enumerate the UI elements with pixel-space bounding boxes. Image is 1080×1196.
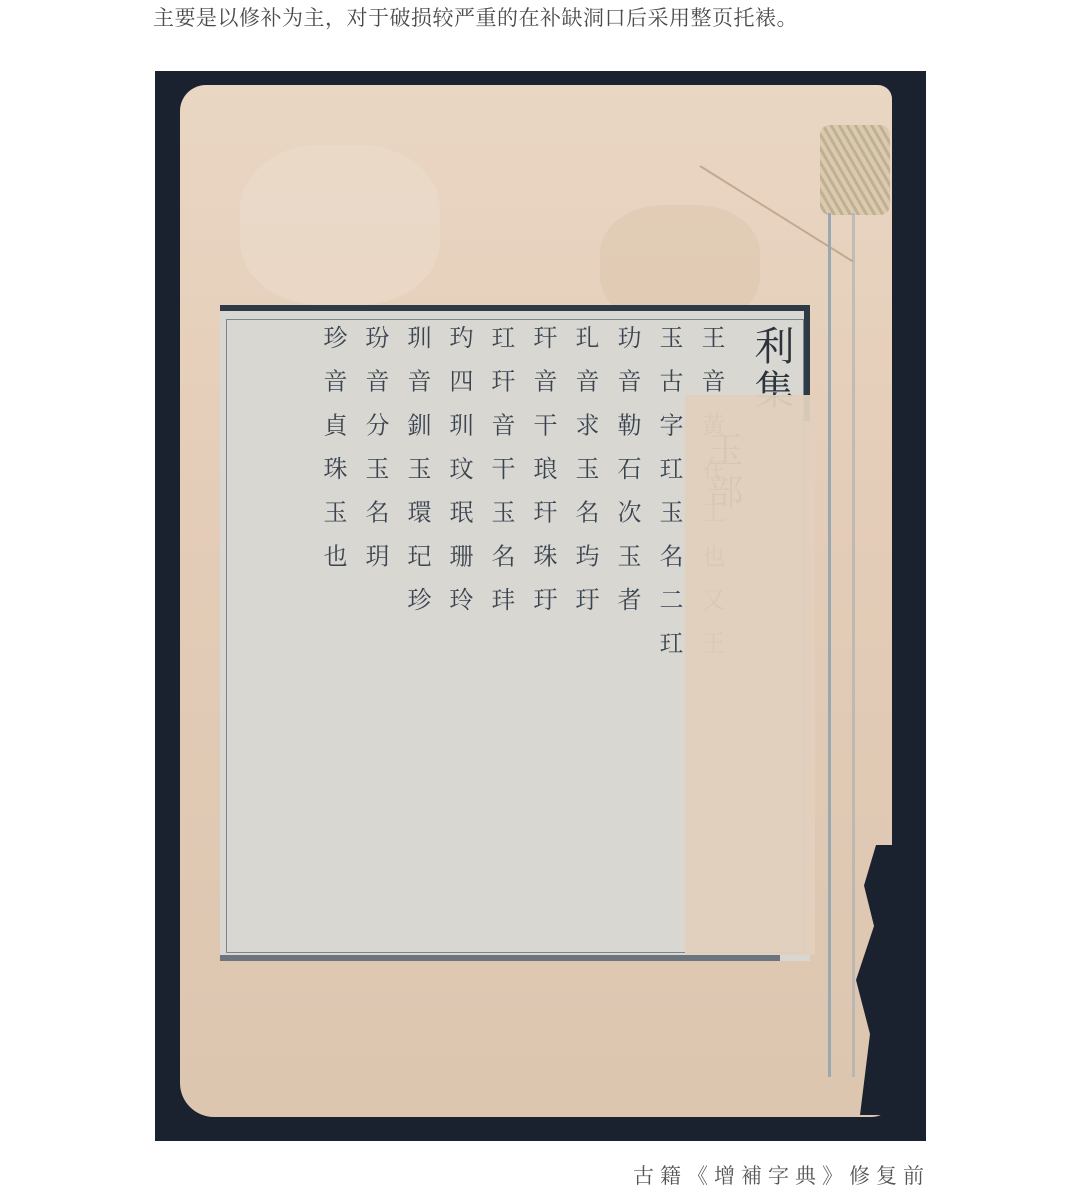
text-column: 玢 音 分 玉 名 玥: [356, 325, 394, 931]
photo-caption: 古籍《增補字典》修复前: [633, 1160, 930, 1190]
text-column: 玏 音 勒 石 次 玉 者: [608, 325, 646, 931]
text-column: 玌 音 求 玉 名 玙 玗: [566, 325, 604, 931]
binding-line: [852, 213, 855, 1077]
text-column: 玕 音 干 琅 玕 珠 玗: [524, 325, 562, 931]
text-column: 玔 音 釧 玉 環 玘 珍: [398, 325, 436, 931]
torn-edge: [852, 845, 892, 1115]
text-column: 珍 音 貞 珠 玉 也: [314, 325, 352, 931]
torn-paper-patch: [685, 395, 815, 955]
text-column: 玒 玕 音 干 玉 名 玤: [482, 325, 520, 931]
dictionary-columns: 王 音 黃 在 工 也 又 王 玉 古 字 玒 玉 名 二 玒 玏 音 勒 石 …: [238, 325, 730, 931]
text-column: 玉 古 字 玒 玉 名 二 玒: [650, 325, 688, 931]
intro-paragraph: 主要是以修补为主，对于破损较严重的在补缺洞口后采用整页托裱。: [153, 2, 798, 32]
book-cover: 利集 玉部 王 音 黃 在 工 也 又 王 玉 古 字 玒 玉 名 二 玒 玏 …: [180, 85, 892, 1117]
page-bottom-rule: [220, 955, 780, 961]
book-photo: 利集 玉部 王 音 黃 在 工 也 又 王 玉 古 字 玒 玉 名 二 玒 玏 …: [155, 71, 926, 1141]
paper-stain: [240, 145, 440, 305]
binding-thread: [820, 125, 890, 215]
binding-line: [828, 213, 831, 1077]
text-column: 玓 四 玔 玟 珉 珊 玲: [440, 325, 478, 931]
